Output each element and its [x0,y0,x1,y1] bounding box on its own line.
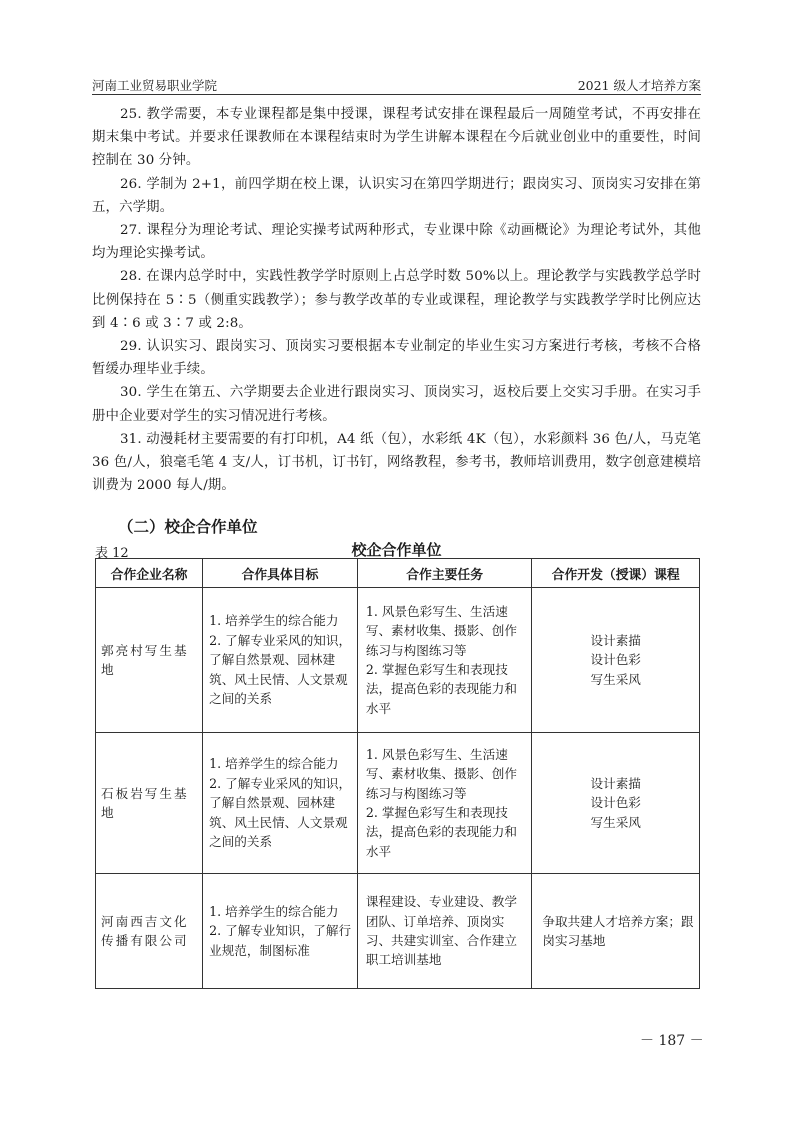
course-item: 设计色彩 [532,650,699,669]
goal-item: 1. 培养学生的综合能力 [209,754,353,773]
task-item: 2. 掌握色彩写生和表现技法，提高色彩的表现能力和水平 [366,660,528,718]
body-text: 25. 教学需要，本专业课程都是集中授课，课程考试安排在课程最后一周随堂考试，不… [92,103,701,497]
paragraph-29: 29. 认识实习、跟岗实习、顶岗实习要根据本专业制定的毕业生实习方案进行考核，考… [92,335,701,381]
goal-item: 2. 了解专业采风的知识，了解自然景观、园林建筑、风土民情、人文景观之间的关系 [209,774,353,852]
paragraph-30: 30. 学生在第五、六学期要去企业进行跟岗实习、顶岗实习，返校后要上交实习手册。… [92,381,701,427]
running-header: 河南工业贸易职业学院 2021 级人才培养方案 [92,74,701,94]
company-name: 郭亮村写生基地 [96,588,203,733]
table-row: 石板岩写生基地 1. 培养学生的综合能力 2. 了解专业采风的知识，了解自然景观… [96,733,700,874]
column-header-company: 合作企业名称 [96,559,203,588]
cooperation-courses: 设计素描 设计色彩 写生采风 [532,588,700,733]
cooperation-goals: 1. 培养学生的综合能力 2. 了解专业采风的知识，了解自然景观、园林建筑、风土… [203,588,358,733]
page-number: － 187 － [640,1030,704,1050]
task-item: 1. 风景色彩写生、生活速写、素材收集、摄影、创作练习与构图练习等 [366,745,528,803]
header-document-title: 2021 级人才培养方案 [578,76,701,94]
course-item: 争取共建人才培养方案；跟岗实习基地 [542,912,699,951]
cooperation-tasks: 课程建设、专业建设、教学团队、订单培养、顶岗实习、共建实训室、合作建立职工培训基… [357,874,532,989]
header-institution: 河南工业贸易职业学院 [92,76,217,94]
course-item: 写生采风 [532,670,699,689]
course-item: 写生采风 [532,813,699,832]
course-item: 设计素描 [532,774,699,793]
company-name: 河南西吉文化传播有限公司 [96,874,203,989]
header-rule [92,94,701,95]
cooperation-goals: 1. 培养学生的综合能力 2. 了解专业采风的知识，了解自然景观、园林建筑、风土… [203,733,358,874]
paragraph-26: 26. 学制为 2+1，前四学期在校上课，认识实习在第四学期进行；跟岗实习、顶岗… [92,173,701,219]
goal-item: 1. 培养学生的综合能力 [209,611,353,630]
company-name: 石板岩写生基地 [96,733,203,874]
goal-item: 2. 了解专业采风的知识，了解自然景观、园林建筑、风土民情、人文景观之间的关系 [209,631,353,709]
paragraph-25: 25. 教学需要，本专业课程都是集中授课，课程考试安排在课程最后一周随堂考试，不… [92,103,701,173]
paragraph-31: 31. 动漫耗材主要需要的有打印机，A4 纸（包），水彩纸 4K（包），水彩颜料… [92,428,701,498]
table-header-row: 合作企业名称 合作具体目标 合作主要任务 合作开发（授课）课程 [96,559,700,588]
task-item: 1. 风景色彩写生、生活速写、素材收集、摄影、创作练习与构图练习等 [366,602,528,660]
paragraph-28: 28. 在课内总学时中，实践性教学学时原则上占总学时数 50%以上。理论教学与实… [92,265,701,335]
task-item: 课程建设、专业建设、教学团队、订单培养、顶岗实习、共建实训室、合作建立职工培训基… [366,892,528,970]
column-header-tasks: 合作主要任务 [357,559,532,588]
document-page: 河南工业贸易职业学院 2021 级人才培养方案 25. 教学需要，本专业课程都是… [0,0,793,1122]
paragraph-27: 27. 课程分为理论考试、理论实操考试两种形式，专业课中除《动画概论》为理论考试… [92,219,701,265]
section-heading: （二）校企合作单位 [118,515,258,537]
cooperation-table: 合作企业名称 合作具体目标 合作主要任务 合作开发（授课）课程 郭亮村写生基地 … [95,558,700,989]
column-header-goals: 合作具体目标 [203,559,358,588]
goal-item: 1. 培养学生的综合能力 [209,902,353,921]
cooperation-courses: 设计素描 设计色彩 写生采风 [532,733,700,874]
cooperation-tasks: 1. 风景色彩写生、生活速写、素材收集、摄影、创作练习与构图练习等 2. 掌握色… [357,588,532,733]
table-caption: 校企合作单位 [0,539,793,560]
cooperation-courses: 争取共建人才培养方案；跟岗实习基地 [532,874,700,989]
course-item: 设计素描 [532,631,699,650]
cooperation-tasks: 1. 风景色彩写生、生活速写、素材收集、摄影、创作练习与构图练习等 2. 掌握色… [357,733,532,874]
table-row: 郭亮村写生基地 1. 培养学生的综合能力 2. 了解专业采风的知识，了解自然景观… [96,588,700,733]
column-header-courses: 合作开发（授课）课程 [532,559,700,588]
task-item: 2. 掌握色彩写生和表现技法，提高色彩的表现能力和水平 [366,803,528,861]
cooperation-goals: 1. 培养学生的综合能力 2. 了解专业知识，了解行业规范，制图标准 [203,874,358,989]
goal-item: 2. 了解专业知识，了解行业规范，制图标准 [209,921,353,960]
table-row: 河南西吉文化传播有限公司 1. 培养学生的综合能力 2. 了解专业知识，了解行业… [96,874,700,989]
course-item: 设计色彩 [532,793,699,812]
